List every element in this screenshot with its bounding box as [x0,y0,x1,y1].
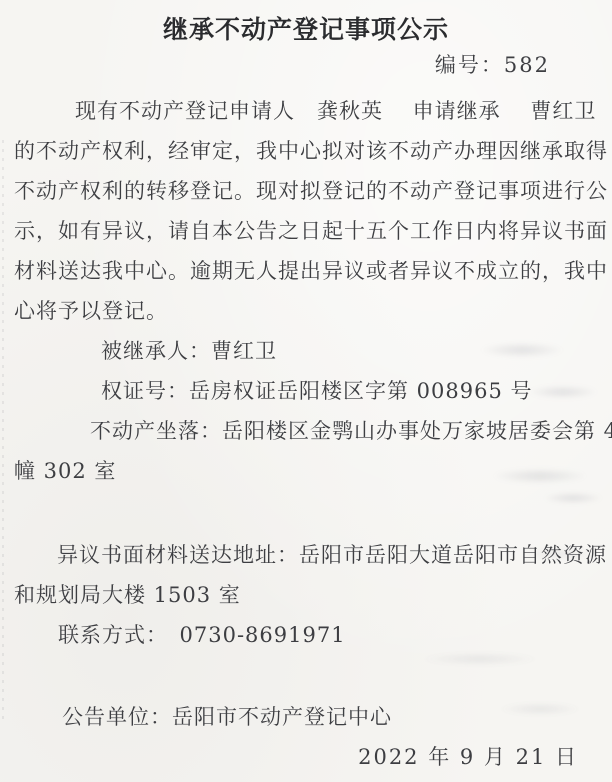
paragraph-line: 材料送达我中心。逾期无人提出异议或者异议不成立的，我中 [12,251,600,291]
notice-date: 2022 年 9 月 21 日 [12,737,600,777]
notice-body: 现有不动产登记申请人 龚秋英 申请继承 曹红卫 的不动产权利，经审定，我中心拟对… [0,91,612,777]
field-property-location-continued: 幢 302 室 [12,451,600,491]
field-objection-address-continued: 和规划局大楼 1503 室 [12,575,600,615]
field-property-location: 不动产坐落：岳阳楼区金鹗山办事处万家坡居委会第 4 [12,411,600,451]
field-decedent: 被继承人：曹红卫 [12,331,600,371]
paragraph-line-applicant: 现有不动产登记申请人 龚秋英 申请继承 曹红卫 [12,91,600,131]
paragraph-line: 示，如有异议，请自本公告之日起十五个工作日内将异议书面 [12,211,600,251]
blank-line [12,655,600,697]
field-objection-address: 异议书面材料送达地址：岳阳市岳阳大道岳阳市自然资源 [12,535,600,575]
paragraph-line: 不动产权利的转移登记。现对拟登记的不动产登记事项进行公 [12,171,600,211]
field-certificate-number: 权证号：岳房权证岳阳楼区字第 008965 号 [12,371,600,411]
field-contact-phone: 联系方式： 0730-8691971 [12,615,600,655]
field-issuing-unit: 公告单位：岳阳市不动产登记中心 [12,697,600,737]
blank-line [12,491,600,535]
notice-title: 继承不动产登记事项公示 [0,13,612,47]
scanned-notice-page: 继承不动产登记事项公示 编号：582 现有不动产登记申请人 龚秋英 申请继承 曹… [0,0,612,782]
paragraph-line: 的不动产权利，经审定，我中心拟对该不动产办理因继承取得 [12,131,600,171]
serial-number: 编号：582 [0,51,612,79]
paragraph-line: 心将予以登记。 [12,291,600,331]
